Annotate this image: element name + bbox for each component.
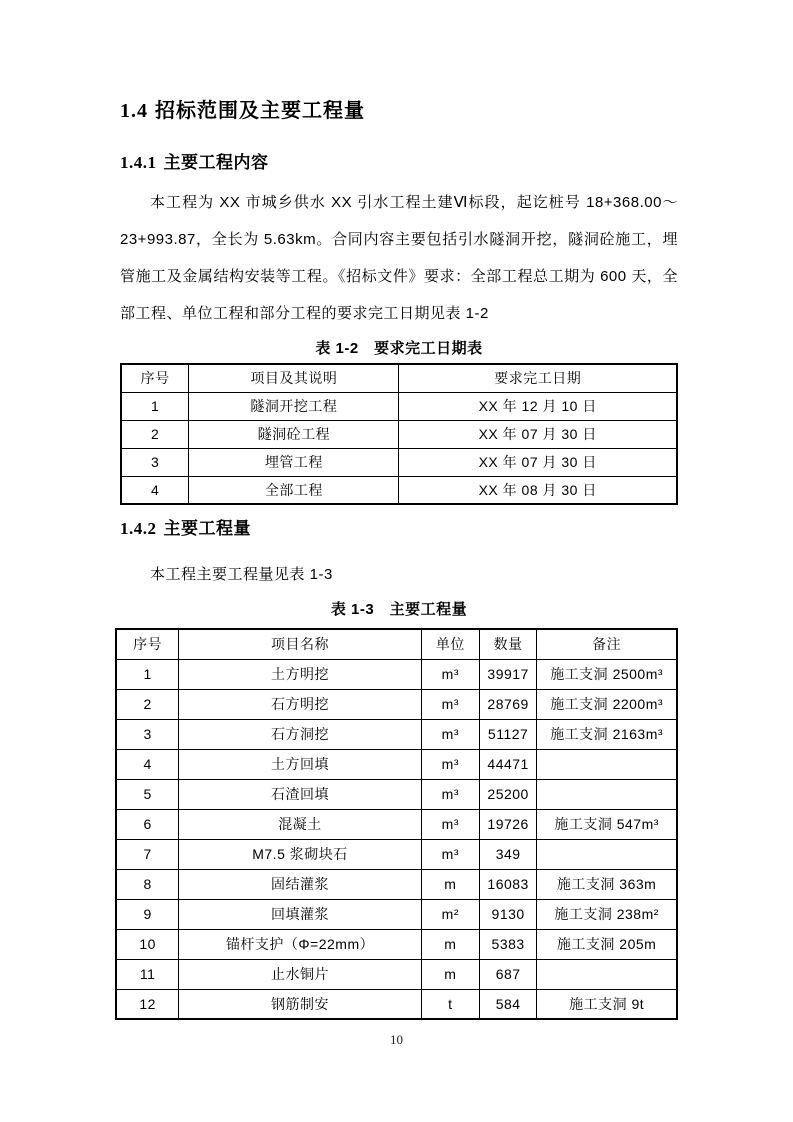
table-cell: m xyxy=(421,929,479,959)
heading-number: 1.4.2 xyxy=(120,519,157,538)
table-cell: 1 xyxy=(116,659,179,689)
table-cell: 8 xyxy=(116,869,179,899)
table-cell: t xyxy=(421,989,479,1019)
table-cell: XX 年 07 月 30 日 xyxy=(399,420,677,448)
table-cell: 全部工程 xyxy=(189,476,399,504)
table-cell: 5383 xyxy=(480,929,537,959)
table-header-cell: 项目名称 xyxy=(179,629,421,659)
table-row: 3石方洞挖m³51127施工支洞 2163m³ xyxy=(116,719,677,749)
table-cell: 土方明挖 xyxy=(179,659,421,689)
heading-text: 主要工程内容 xyxy=(164,153,269,172)
table-cell xyxy=(537,779,677,809)
table-cell: 施工支洞 2200m³ xyxy=(537,689,677,719)
table-cell: M7.5 浆砌块石 xyxy=(179,839,421,869)
table-row: 6混凝土m³19726施工支洞 547m³ xyxy=(116,809,677,839)
table-cell: 4 xyxy=(116,749,179,779)
table-row: 1土方明挖m³39917施工支洞 2500m³ xyxy=(116,659,677,689)
main-quantities-table: 序号项目名称单位数量备注1土方明挖m³39917施工支洞 2500m³2石方明挖… xyxy=(115,628,678,1020)
table-row: 4土方回填m³44471 xyxy=(116,749,677,779)
table-row: 1隧洞开挖工程XX 年 12 月 10 日 xyxy=(121,392,677,420)
table-row: 7M7.5 浆砌块石m³349 xyxy=(116,839,677,869)
page-number: 10 xyxy=(0,1032,793,1048)
page-content: 1.4招标范围及主要工程量 1.4.1主要工程内容 本工程为 XX 市城乡供水 … xyxy=(0,0,793,1020)
table-cell: 10 xyxy=(116,929,179,959)
completion-table-caption: 表 1-2 要求完工日期表 xyxy=(120,339,678,358)
table-row: 11止水铜片m687 xyxy=(116,959,677,989)
table-cell: m³ xyxy=(421,809,479,839)
table-row: 8固结灌浆m16083施工支洞 363m xyxy=(116,869,677,899)
table-cell: 51127 xyxy=(480,719,537,749)
section-heading-1-4-1: 1.4.1主要工程内容 xyxy=(120,151,678,174)
table-cell: 锚杆支护（Φ=22mm） xyxy=(179,929,421,959)
table-cell: 施工支洞 205m xyxy=(537,929,677,959)
table-cell: m³ xyxy=(421,659,479,689)
table-row: 9回填灌浆m²9130施工支洞 238m² xyxy=(116,899,677,929)
table-header-cell: 要求完工日期 xyxy=(399,364,677,392)
section-heading-1-4-2: 1.4.2主要工程量 xyxy=(120,517,678,540)
table-cell: 9130 xyxy=(480,899,537,929)
table-cell: 施工支洞 547m³ xyxy=(537,809,677,839)
heading-number: 1.4.1 xyxy=(120,153,157,172)
table-cell: 隧洞砼工程 xyxy=(189,420,399,448)
quantities-table-caption: 表 1-3 主要工程量 xyxy=(120,600,678,619)
document-page: 1.4招标范围及主要工程量 1.4.1主要工程内容 本工程为 XX 市城乡供水 … xyxy=(0,0,793,1122)
table-cell xyxy=(537,749,677,779)
table-cell: 3 xyxy=(116,719,179,749)
table-row: 12钢筋制安t584施工支洞 9t xyxy=(116,989,677,1019)
completion-date-table: 序号项目及其说明要求完工日期1隧洞开挖工程XX 年 12 月 10 日2隧洞砼工… xyxy=(120,363,678,505)
table-row: 2石方明挖m³28769施工支洞 2200m³ xyxy=(116,689,677,719)
table-cell: 4 xyxy=(121,476,189,504)
body-paragraph: 本工程为 XX 市城乡供水 XX 引水工程土建Ⅵ标段，起讫桩号 18+368.0… xyxy=(120,184,678,332)
section-heading-1-4: 1.4招标范围及主要工程量 xyxy=(120,98,678,124)
table-cell: 施工支洞 9t xyxy=(537,989,677,1019)
table-cell: m³ xyxy=(421,839,479,869)
table-cell: 施工支洞 238m² xyxy=(537,899,677,929)
table-row: 10锚杆支护（Φ=22mm）m5383施工支洞 205m xyxy=(116,929,677,959)
table-row: 5石渣回填m³25200 xyxy=(116,779,677,809)
table-cell: 3 xyxy=(121,448,189,476)
table-cell: 2 xyxy=(116,689,179,719)
table-header-cell: 序号 xyxy=(116,629,179,659)
table-cell: XX 年 07 月 30 日 xyxy=(399,448,677,476)
table-cell: 施工支洞 2500m³ xyxy=(537,659,677,689)
table-cell: 石渣回填 xyxy=(179,779,421,809)
table-cell: 19726 xyxy=(480,809,537,839)
table-cell: XX 年 08 月 30 日 xyxy=(399,476,677,504)
table-cell: 6 xyxy=(116,809,179,839)
table-cell: m xyxy=(421,959,479,989)
table-cell: 16083 xyxy=(480,869,537,899)
table-cell xyxy=(537,959,677,989)
table-cell: 回填灌浆 xyxy=(179,899,421,929)
table-cell: m² xyxy=(421,899,479,929)
table-cell: 584 xyxy=(480,989,537,1019)
table-cell: 止水铜片 xyxy=(179,959,421,989)
table-cell: 44471 xyxy=(480,749,537,779)
table-cell: 固结灌浆 xyxy=(179,869,421,899)
heading-text: 主要工程量 xyxy=(164,519,252,538)
table-cell: 28769 xyxy=(480,689,537,719)
table-header-cell: 序号 xyxy=(121,364,189,392)
heading-number: 1.4 xyxy=(120,100,148,122)
table-cell: 施工支洞 363m xyxy=(537,869,677,899)
table-cell: m³ xyxy=(421,749,479,779)
table-cell: 25200 xyxy=(480,779,537,809)
table-header-cell: 备注 xyxy=(537,629,677,659)
table-row: 3埋管工程XX 年 07 月 30 日 xyxy=(121,448,677,476)
table-cell: 施工支洞 2163m³ xyxy=(537,719,677,749)
table-cell: 349 xyxy=(480,839,537,869)
table-row: 4全部工程XX 年 08 月 30 日 xyxy=(121,476,677,504)
table-header-cell: 项目及其说明 xyxy=(189,364,399,392)
table-header-row: 序号项目及其说明要求完工日期 xyxy=(121,364,677,392)
table-cell: 39917 xyxy=(480,659,537,689)
heading-text: 招标范围及主要工程量 xyxy=(155,100,365,122)
table-cell: 1 xyxy=(121,392,189,420)
table-cell: 石方明挖 xyxy=(179,689,421,719)
table-cell: 2 xyxy=(121,420,189,448)
table-cell: m³ xyxy=(421,719,479,749)
table-cell: 5 xyxy=(116,779,179,809)
table-cell: 隧洞开挖工程 xyxy=(189,392,399,420)
table-cell: 9 xyxy=(116,899,179,929)
table-cell: 12 xyxy=(116,989,179,1019)
quantities-intro-line: 本工程主要工程量见表 1-3 xyxy=(120,565,678,584)
table-cell: 埋管工程 xyxy=(189,448,399,476)
table-header-row: 序号项目名称单位数量备注 xyxy=(116,629,677,659)
table-cell: m xyxy=(421,869,479,899)
table-row: 2隧洞砼工程XX 年 07 月 30 日 xyxy=(121,420,677,448)
table-cell xyxy=(537,839,677,869)
table-cell: XX 年 12 月 10 日 xyxy=(399,392,677,420)
table-cell: m³ xyxy=(421,779,479,809)
table-cell: 土方回填 xyxy=(179,749,421,779)
table-cell: 钢筋制安 xyxy=(179,989,421,1019)
table-cell: m³ xyxy=(421,689,479,719)
table-cell: 混凝土 xyxy=(179,809,421,839)
table-header-cell: 数量 xyxy=(480,629,537,659)
table-cell: 687 xyxy=(480,959,537,989)
table-cell: 石方洞挖 xyxy=(179,719,421,749)
table-header-cell: 单位 xyxy=(421,629,479,659)
table-cell: 7 xyxy=(116,839,179,869)
table-cell: 11 xyxy=(116,959,179,989)
